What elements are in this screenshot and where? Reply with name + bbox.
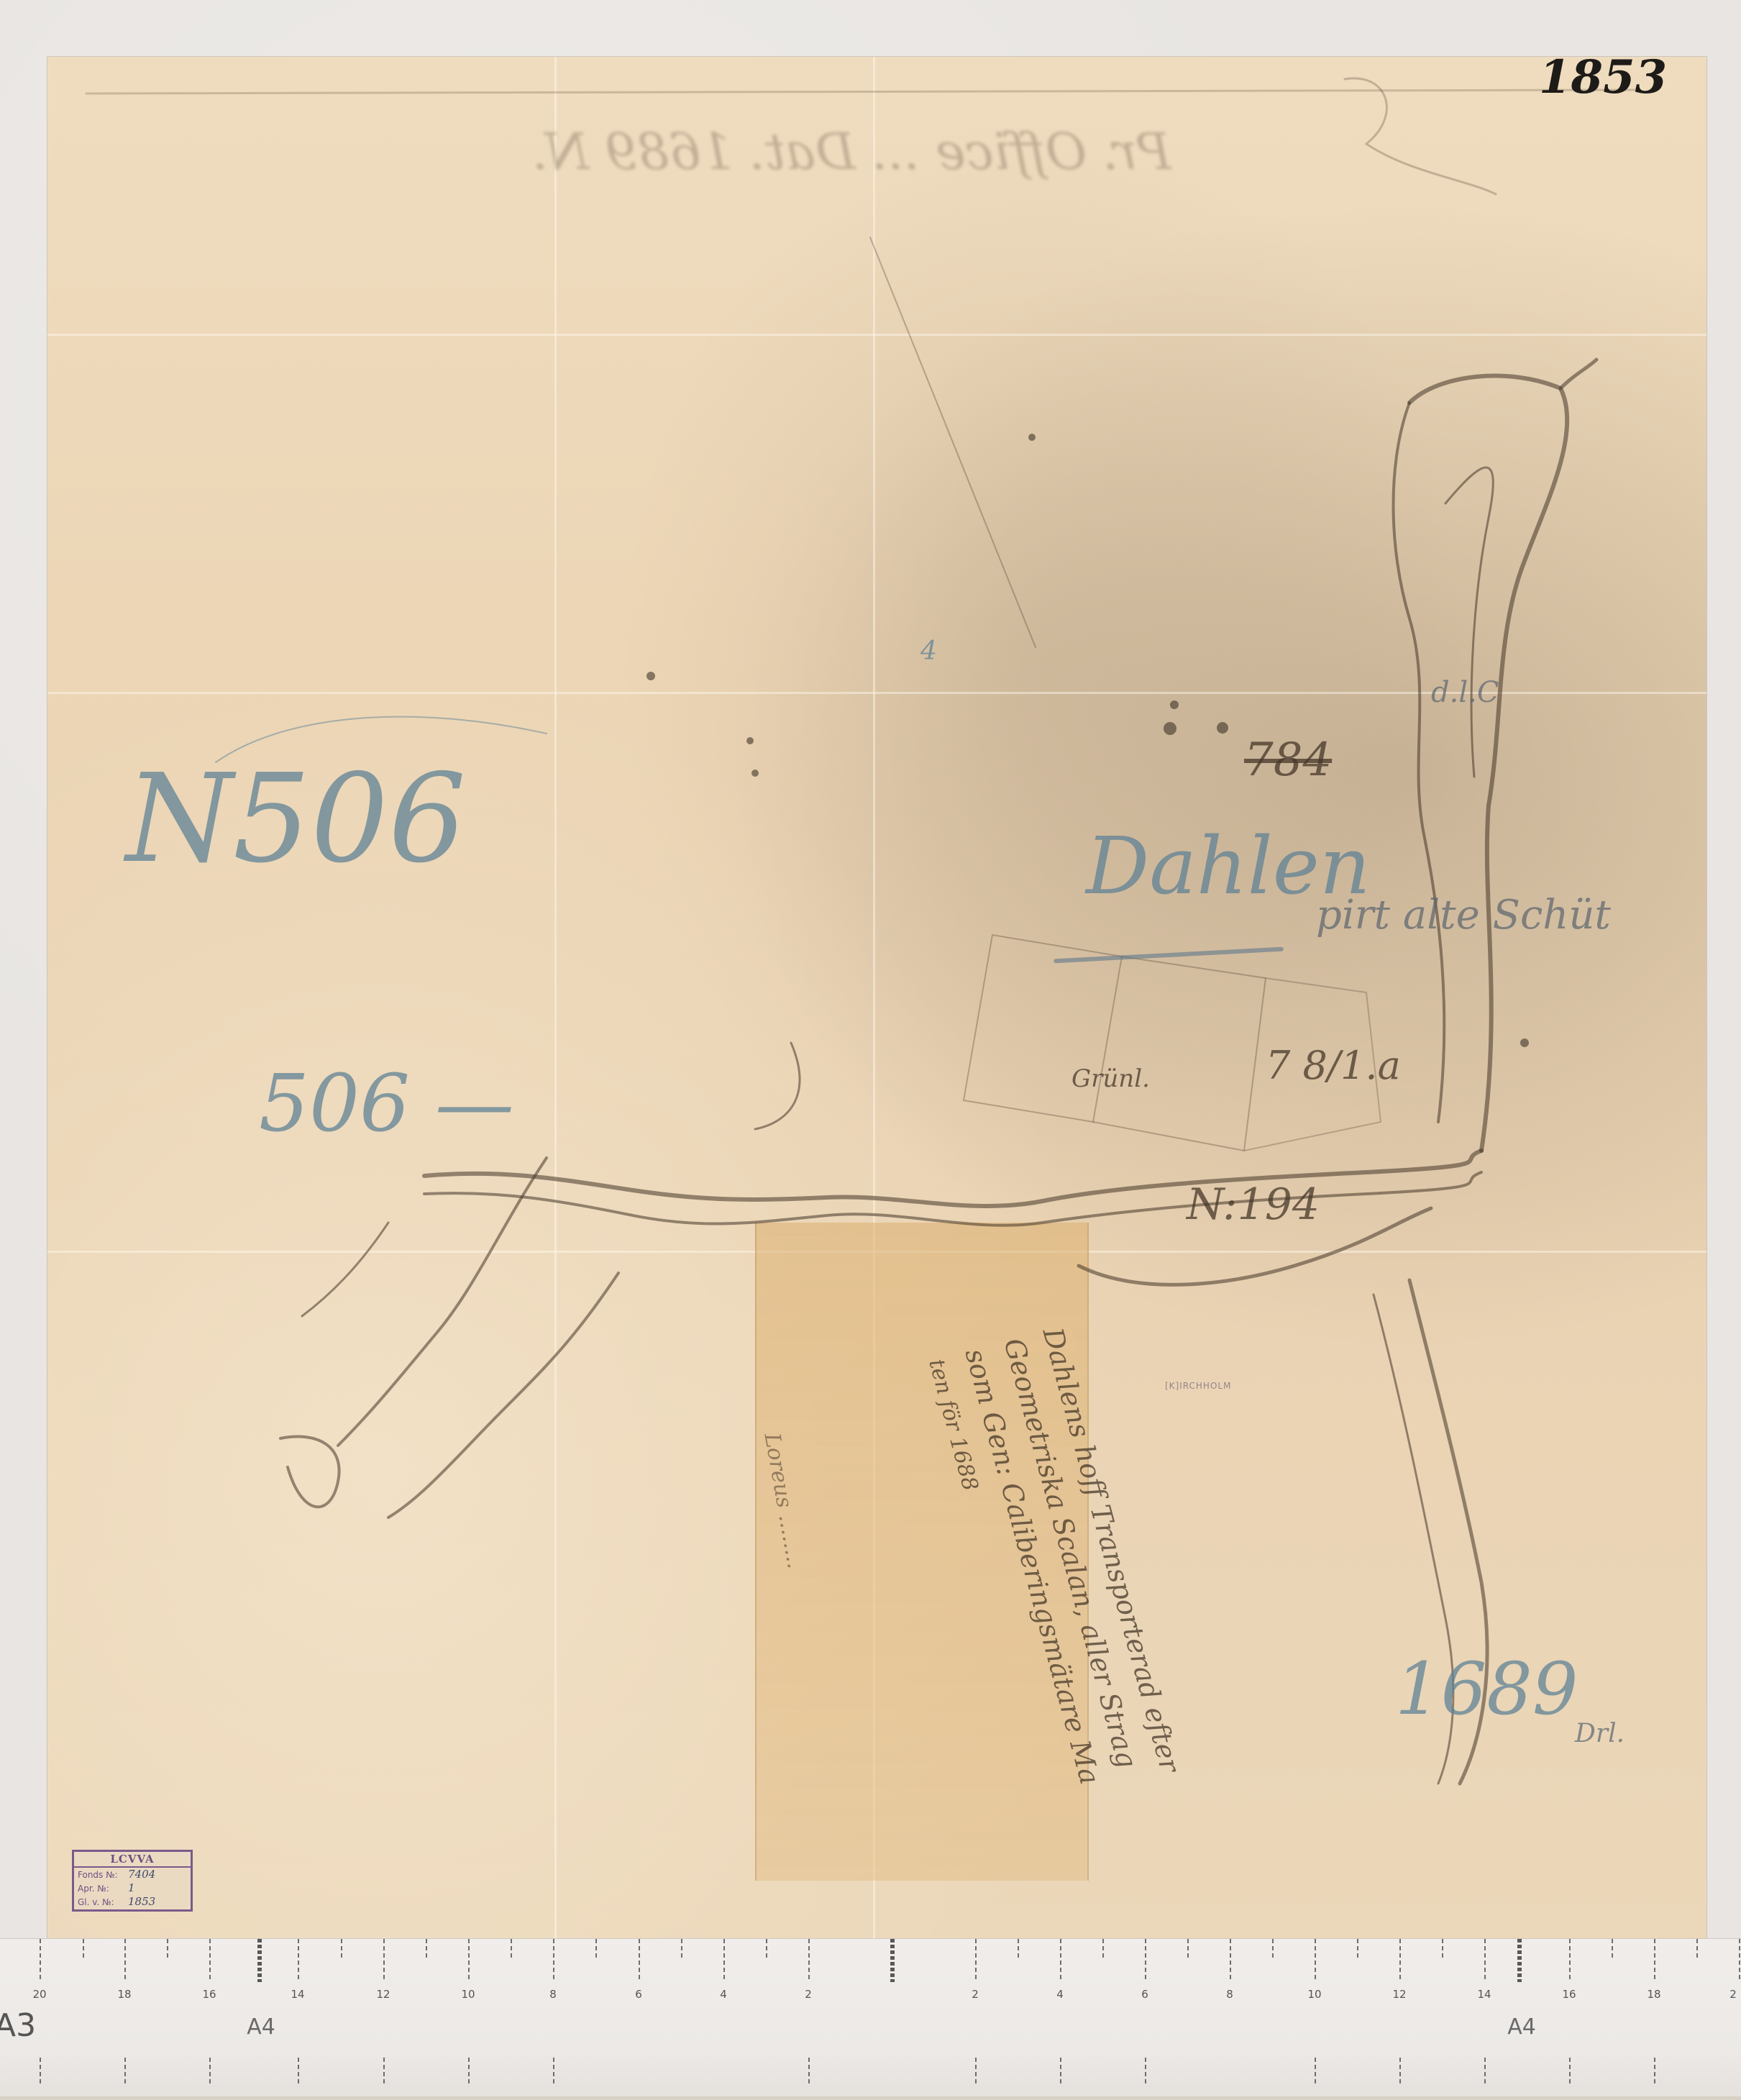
ruler-label: 16 [202,1988,216,2001]
archive-number-506: 506 — [259,1057,514,1149]
ruler-center-mark [890,1939,895,1982]
ruler-label: 14 [1477,1988,1491,2001]
ruler-label: 2 [972,1988,979,2001]
measuring-ruler: A3 20 18 16 14 12 10 8 6 4 2 A4 2 4 6 8 … [0,1938,1741,2100]
ruler-label: 14 [291,1988,304,2001]
slip-text-block: Dahlens hoff Transporterad efter Geometr… [813,1323,1122,1769]
stamp-row-apr: Apr. №: 1 [74,1881,191,1895]
stamp-row-fonds: Fonds №: 7404 [74,1868,191,1881]
ruler-label: 12 [376,1988,390,2001]
ruler-label: 12 [1392,1988,1406,2001]
archive-stamp: LCVVA Fonds №: 7404 Apr. №: 1 Gl. v. №: … [72,1850,193,1912]
bleed-through-title: Pr. Office ... Dat. 1689 N. [532,122,1171,181]
parcel-label: 7 8/1.a [1266,1043,1401,1088]
ruler-label: 18 [1647,1988,1660,2001]
printed-place-name: [K]IRCHHOLM [1165,1381,1231,1391]
ruler-label: 10 [461,1988,475,2001]
field-label: Grünl. [1071,1064,1150,1093]
map-drawing [0,0,1741,2100]
parcel-number: N:194 [1187,1179,1320,1230]
ruler-format-mark: A4 [247,2014,275,2040]
struck-number: 784 [1244,734,1332,787]
lower-pencil-note: Drl. [1575,1719,1625,1748]
stamp-row-glv: Gl. v. №: 1853 [74,1895,191,1909]
ruler-label: 6 [1141,1988,1148,2001]
small-digit-4: 4 [920,636,937,666]
ruler-label: 2 [1729,1988,1737,2001]
pencil-note: pirt alte Schüt [1316,892,1611,939]
ruler-label: 18 [117,1988,131,2001]
sheet-number: 1853 [1539,50,1667,104]
ruler-edge [0,2096,1741,2100]
a4-boundary-mark [257,1939,262,1982]
ruler-label: 10 [1307,1988,1321,2001]
archive-number-n506: N506 [126,748,466,890]
ruler-label: 4 [720,1988,727,2001]
stamp-title: LCVVA [74,1852,191,1868]
ruler-label: 20 [32,1988,46,2001]
ruler-label: 8 [549,1988,557,2001]
lower-archive-number: 1689 [1395,1647,1578,1731]
ruler-label: 6 [635,1988,642,2001]
ruler-format-mark: A4 [1507,2014,1536,2040]
ruler-label: 2 [805,1988,812,2001]
a4-boundary-mark [1517,1939,1522,1982]
field-label: d.l.C [1431,676,1499,709]
ruler-label: 8 [1226,1988,1233,2001]
ruler-label: 16 [1562,1988,1576,2001]
ruler-label: 4 [1056,1988,1064,2001]
ruler-format-mark: A3 [0,2007,36,2044]
